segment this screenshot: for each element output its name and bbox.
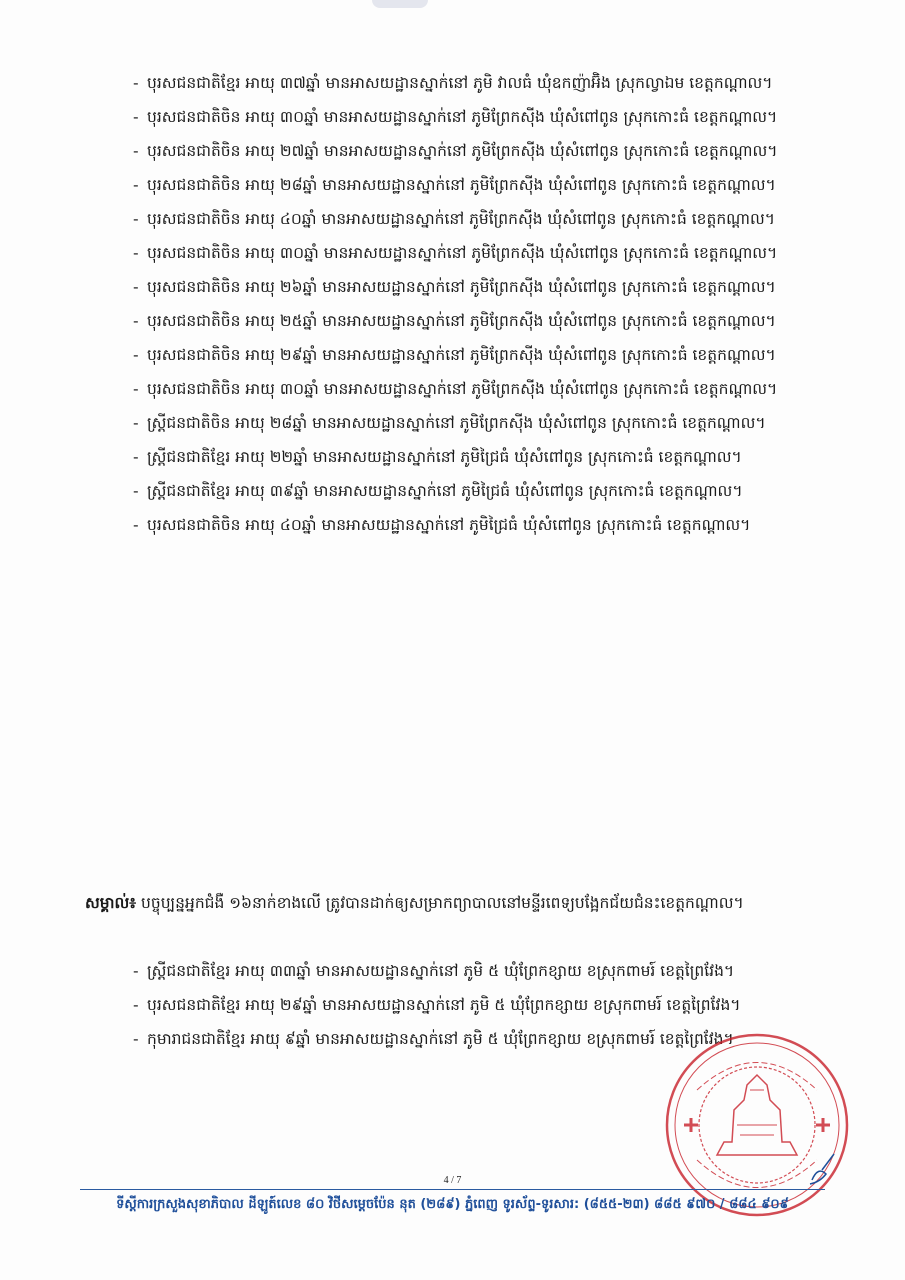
case-item: បុរសជនជាតិចិន អាយុ ៤០ឆ្នាំ មានអាសយដ្ឋានស… <box>133 202 833 236</box>
case-item: បុរសជនជាតិខ្មែរ អាយុ ៣៧ឆ្នាំ មានអាសយដ្ឋា… <box>133 66 833 100</box>
footer-divider <box>80 1189 825 1190</box>
document-page: បុរសជនជាតិខ្មែរ អាយុ ៣៧ឆ្នាំ មានអាសយដ្ឋា… <box>0 0 905 1280</box>
case-item: បុរសជនជាតិចិន អាយុ ៣០ឆ្នាំ មានអាសយដ្ឋានស… <box>133 236 833 270</box>
note-paragraph: សម្គាល់៖ បច្ចុប្បន្នអ្នកជំងឺ ១៦នាក់ខាងលើ… <box>85 886 835 920</box>
case-item: ស្ត្រីជនជាតិខ្មែរ អាយុ ៣៩ឆ្នាំ មានអាសយដ្… <box>133 474 833 508</box>
case-item: ស្ត្រីជនជាតិខ្មែរ អាយុ ២២ឆ្នាំ មានអាសយដ្… <box>133 440 833 474</box>
note-text: បច្ចុប្បន្នអ្នកជំងឺ ១៦នាក់ខាងលើ ត្រូវបាន… <box>136 894 744 912</box>
case-item: បុរសជនជាតិចិន អាយុ ២៥ឆ្នាំ មានអាសយដ្ឋានស… <box>133 304 833 338</box>
case-item: ស្ត្រីជនជាតិចិន អាយុ ២៨ឆ្នាំ មានអាសយដ្ឋា… <box>133 406 833 440</box>
case-item: បុរសជនជាតិចិន អាយុ ២៧ឆ្នាំ មានអាសយដ្ឋានស… <box>133 134 833 168</box>
case-item: ស្ត្រីជនជាតិខ្មែរ អាយុ ៣៣ឆ្នាំ មានអាសយដ្… <box>133 954 833 988</box>
footer-address: ទីស្ដីការក្រសួងសុខាភិបាល ដីឡូត៍លេខ ៨០ វិ… <box>0 1196 905 1215</box>
page-number: 4 / 7 <box>0 1175 905 1186</box>
case-item: បុរសជនជាតិចិន អាយុ ៣០ឆ្នាំ មានអាសយដ្ឋានស… <box>133 100 833 134</box>
case-item: បុរសជនជាតិចិន អាយុ ២៩ឆ្នាំ មានអាសយដ្ឋានស… <box>133 338 833 372</box>
case-item: បុរសជនជាតិចិន អាយុ ៤០ឆ្នាំ មានអាសយដ្ឋានស… <box>133 508 833 542</box>
case-item: បុរសជនជាតិចិន អាយុ ៣០ឆ្នាំ មានអាសយដ្ឋានស… <box>133 372 833 406</box>
scan-smudge <box>372 0 428 8</box>
case-item: បុរសជនជាតិខ្មែរ អាយុ ២៩ឆ្នាំ មានអាសយដ្ឋា… <box>133 988 833 1022</box>
case-item: បុរសជនជាតិចិន អាយុ ២៦ឆ្នាំ មានអាសយដ្ឋានស… <box>133 270 833 304</box>
note-label: សម្គាល់៖ <box>85 894 136 912</box>
case-list-part-1: បុរសជនជាតិខ្មែរ អាយុ ៣៧ឆ្នាំ មានអាសយដ្ឋា… <box>133 66 833 542</box>
case-item: បុរសជនជាតិចិន អាយុ ២៨ឆ្នាំ មានអាសយដ្ឋានស… <box>133 168 833 202</box>
official-seal-icon <box>662 1030 852 1220</box>
